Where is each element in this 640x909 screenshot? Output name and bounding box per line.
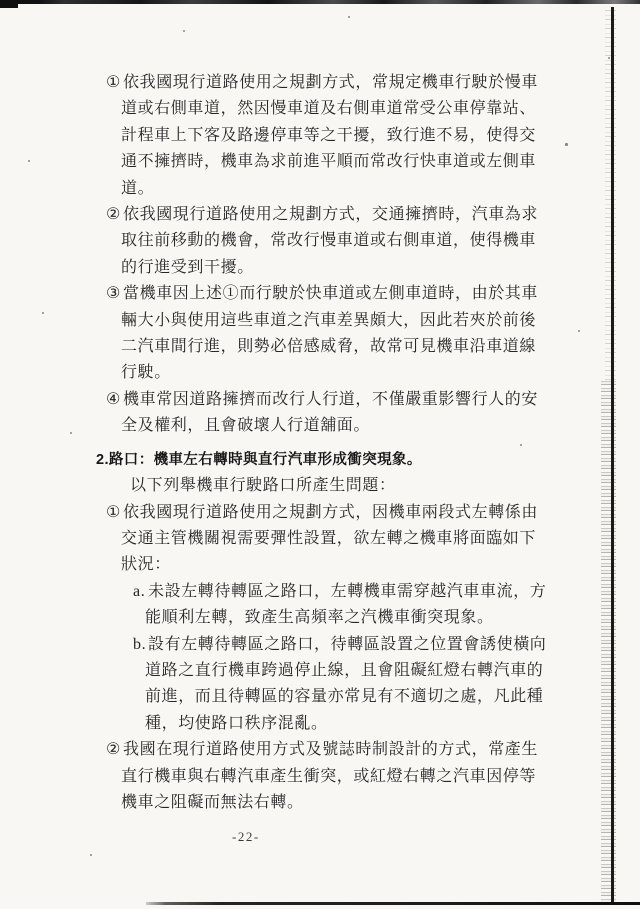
text-line: ① 依我國現行道路使用之規劃方式，因機車兩段式左轉係由 xyxy=(106,500,546,526)
text-line: ② 我國在現行道路使用方式及號誌時制設計的方式，常產生 xyxy=(106,737,546,763)
text-line: ③ 當機車因上述①而行駛於快車道或左側車道時，由於其車 xyxy=(106,281,546,307)
text-line: 依我國現行道路使用之規劃方式，因機車兩段式左轉係由 xyxy=(123,500,538,526)
list-item-2: ② 依我國現行道路使用之規劃方式，交通擁擠時，汽車為求 取往前移動的機會，常改行… xyxy=(106,202,546,281)
text-line: 計程車上下客及路邊停車等之干擾，致行進不易，使得交 xyxy=(106,123,546,149)
text-line: 未設左轉待轉區之路口，左轉機車需穿越汽車車流，方 xyxy=(148,579,546,605)
list-item-s2-2: ② 我國在現行道路使用方式及號誌時制設計的方式，常產生 直行機車與右轉汽車產生衝… xyxy=(106,737,546,816)
item-marker: ② xyxy=(106,202,123,228)
list-item-4: ④ 機車常因道路擁擠而改行人行道，不僅嚴重影響行人的安 全及權利，且會破壞人行道… xyxy=(106,387,546,440)
text-line: ④ 機車常因道路擁擠而改行人行道，不僅嚴重影響行人的安 xyxy=(106,387,546,413)
item-marker: ② xyxy=(106,737,123,763)
scan-speckle xyxy=(70,432,72,434)
scan-speckle xyxy=(520,444,522,446)
text-line: 交通主管機關視需要彈性設置，欲左轉之機車將面臨如下 xyxy=(106,526,546,552)
text-line: 種，均使路口秩序混亂。 xyxy=(133,711,546,737)
list-item-1: ① 依我國現行道路使用之規劃方式，常規定機車行駛於慢車 道或右側車道，然因慢車道… xyxy=(106,70,546,202)
list-item-s2-1: ① 依我國現行道路使用之規劃方式，因機車兩段式左轉係由 交通主管機關視需要彈性設… xyxy=(106,500,546,738)
text-line: ① 依我國現行道路使用之規劃方式，常規定機車行駛於慢車 xyxy=(106,70,546,96)
text-line: 前進，而且待轉區的容量亦常見有不適切之處，凡此種 xyxy=(133,684,546,710)
text-line: 道路之直行機車跨過停止線，且會阻礙紅燈右轉汽車的 xyxy=(133,658,546,684)
item-marker: ① xyxy=(106,70,123,96)
scan-artifact-top-edge xyxy=(0,0,640,4)
text-line: 狀況： xyxy=(106,552,546,578)
item-marker: a. xyxy=(133,579,148,605)
item-marker: ④ xyxy=(106,387,123,413)
section-heading: 2.路口：機車左右轉時與直行汽車形成衝突現象。 xyxy=(96,447,546,473)
text-line: 機車之阻礙而無法右轉。 xyxy=(106,790,546,816)
text-line: 當機車因上述①而行駛於快車道或左側車道時，由於其車 xyxy=(123,281,538,307)
text-line: 能順利左轉，致產生高頻率之汽機車衝突現象。 xyxy=(133,605,546,631)
scan-speckle xyxy=(183,30,185,32)
text-line: a. 未設左轉待轉區之路口，左轉機車需穿越汽車車流，方 xyxy=(133,579,546,605)
text-line: 直行機車與右轉汽車產生衝突，或紅燈右轉之汽車因停等 xyxy=(106,764,546,790)
scan-speckle xyxy=(578,330,580,332)
scan-artifact-bottom-edge xyxy=(146,902,640,905)
item-marker: b. xyxy=(133,632,148,658)
text-line: 的行進受到干擾。 xyxy=(106,255,546,281)
scan-speckle xyxy=(608,57,610,59)
text-line: 設有左轉待轉區之路口，待轉區設置之位置會誘使橫向 xyxy=(148,632,546,658)
sub-item-a: a. 未設左轉待轉區之路口，左轉機車需穿越汽車車流，方 能順利左轉，致產生高頻率… xyxy=(133,579,546,632)
item-marker: ③ xyxy=(106,281,123,307)
scan-artifact-right-smudge xyxy=(601,380,616,903)
text-line: 機車常因道路擁擠而改行人行道，不僅嚴重影響行人的安 xyxy=(123,387,538,413)
scan-speckle xyxy=(42,312,44,314)
scanned-document-page: ① 依我國現行道路使用之規劃方式，常規定機車行駛於慢車 道或右側車道，然因慢車道… xyxy=(0,0,640,909)
text-line: 取往前移動的機會，常改行慢車道或右側車道，使得機車 xyxy=(106,228,546,254)
document-body: ① 依我國現行道路使用之規劃方式，常規定機車行駛於慢車 道或右側車道，然因慢車道… xyxy=(106,70,546,816)
scan-artifact-right-smudge xyxy=(605,10,616,380)
text-line: 全及權利，且會破壞人行道舖面。 xyxy=(106,413,546,439)
text-line: 二汽車間行進，則勢必倍感威脅，故常可見機車沿車道線 xyxy=(106,334,546,360)
text-line: 通不擁擠時，機車為求前進平順而常改行快車道或左側車 xyxy=(106,149,546,175)
text-line: 依我國現行道路使用之規劃方式，常規定機車行駛於慢車 xyxy=(123,70,538,96)
text-line: 行駛。 xyxy=(106,360,546,386)
text-line: 道或右側車道，然因慢車道及右側車道常受公車停靠站、 xyxy=(106,96,546,122)
item-marker: ① xyxy=(106,500,123,526)
intro-line: 以下列舉機車行駛路口所產生問題： xyxy=(106,473,546,499)
scan-speckle xyxy=(28,160,30,162)
scan-speckle xyxy=(348,16,350,18)
text-line: ② 依我國現行道路使用之規劃方式，交通擁擠時，汽車為求 xyxy=(106,202,546,228)
scan-speckle xyxy=(90,854,92,856)
scan-artifact-top-left-corner xyxy=(0,0,18,8)
sub-item-b: b. 設有左轉待轉區之路口，待轉區設置之位置會誘使橫向 道路之直行機車跨過停止線… xyxy=(133,632,546,738)
scan-speckle xyxy=(565,143,568,146)
list-item-3: ③ 當機車因上述①而行駛於快車道或左側車道時，由於其車 輛大小與使用這些車道之汽… xyxy=(106,281,546,387)
page-number: -22- xyxy=(232,829,260,845)
text-line: 依我國現行道路使用之規劃方式，交通擁擠時，汽車為求 xyxy=(123,202,538,228)
text-line: 輛大小與使用這些車道之汽車差異頗大，因此若夾於前後 xyxy=(106,308,546,334)
text-line: b. 設有左轉待轉區之路口，待轉區設置之位置會誘使橫向 xyxy=(133,632,546,658)
text-line: 道。 xyxy=(106,176,546,202)
text-line: 我國在現行道路使用方式及號誌時制設計的方式，常產生 xyxy=(123,737,538,763)
